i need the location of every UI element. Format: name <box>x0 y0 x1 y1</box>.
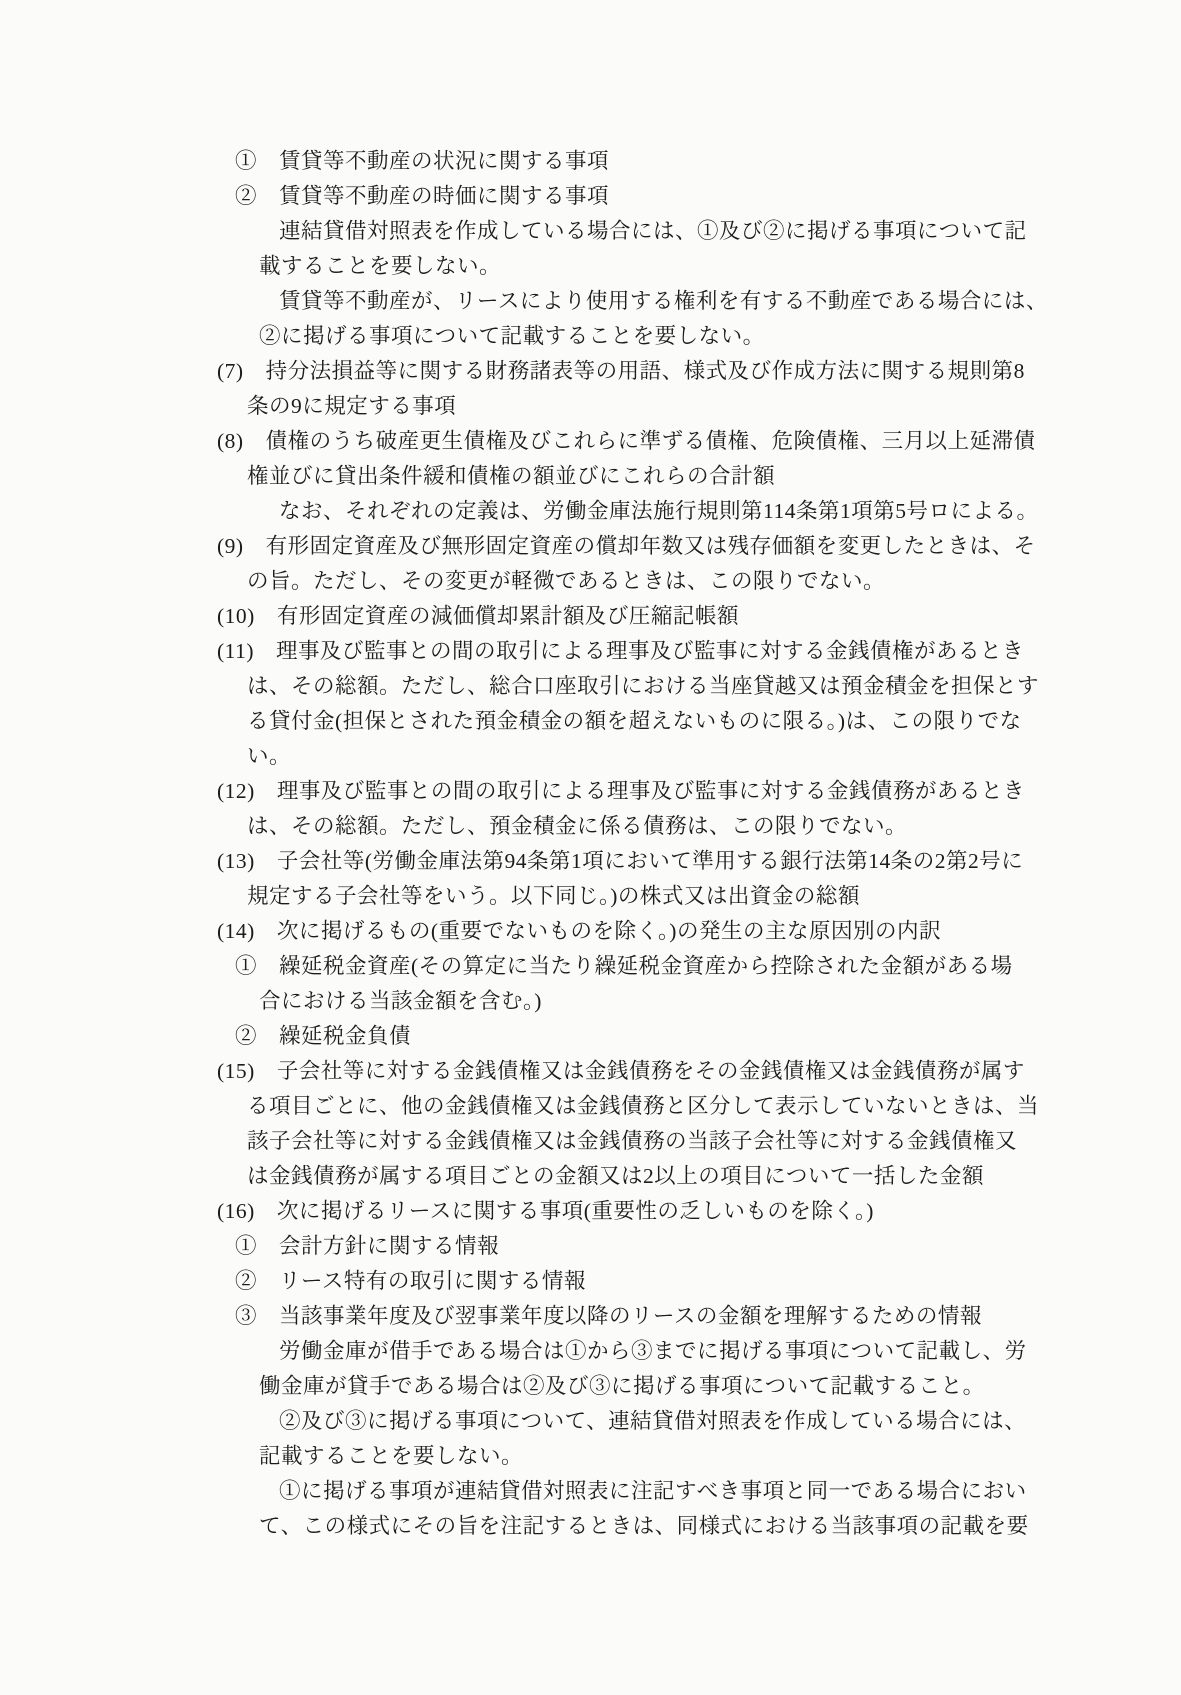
doc-line: 賃貸等不動産が、リースにより使用する権利を有する不動産である場合には、 <box>0 284 1181 319</box>
doc-line: の旨。ただし、その変更が軽微であるときは、この限りでない。 <box>0 564 1181 599</box>
doc-line: ② 繰延税金負債 <box>0 1019 1181 1054</box>
doc-line: 合における当該金額を含む。) <box>0 984 1181 1019</box>
doc-line: (10) 有形固定資産の減価償却累計額及び圧縮記帳額 <box>0 599 1181 634</box>
doc-line: ① 賃貸等不動産の状況に関する事項 <box>0 144 1181 179</box>
doc-line: は金銭債務が属する項目ごとの金額又は2以上の項目について一括した金額 <box>0 1159 1181 1194</box>
doc-line: なお、それぞれの定義は、労働金庫法施行規則第114条第1項第5号ロによる。 <box>0 494 1181 529</box>
doc-line: 規定する子会社等をいう。以下同じ。)の株式又は出資金の総額 <box>0 879 1181 914</box>
doc-line: ① 繰延税金資産(その算定に当たり繰延税金資産から控除された金額がある場 <box>0 949 1181 984</box>
doc-line: (12) 理事及び監事との間の取引による理事及び監事に対する金銭債務があるとき <box>0 774 1181 809</box>
doc-line: る項目ごとに、他の金銭債権又は金銭債務と区分して表示していないときは、当 <box>0 1089 1181 1124</box>
doc-line: ① 会計方針に関する情報 <box>0 1229 1181 1264</box>
doc-line: は、その総額。ただし、預金積金に係る債務は、この限りでない。 <box>0 809 1181 844</box>
doc-line: い。 <box>0 739 1181 774</box>
doc-line: (16) 次に掲げるリースに関する事項(重要性の乏しいものを除く。) <box>0 1194 1181 1229</box>
doc-line: 該子会社等に対する金銭債権又は金銭債務の当該子会社等に対する金銭債権又 <box>0 1124 1181 1159</box>
doc-line: ②及び③に掲げる事項について、連結貸借対照表を作成している場合には、 <box>0 1404 1181 1439</box>
doc-line: (13) 子会社等(労働金庫法第94条第1項において準用する銀行法第14条の2第… <box>0 844 1181 879</box>
doc-line: (15) 子会社等に対する金銭債権又は金銭債務をその金銭債権又は金銭債務が属す <box>0 1054 1181 1089</box>
doc-line: 労働金庫が借手である場合は①から③までに掲げる事項について記載し、労 <box>0 1334 1181 1369</box>
doc-line: (8) 債権のうち破産更生債権及びこれらに準ずる債権、危険債権、三月以上延滞債 <box>0 424 1181 459</box>
doc-line: 権並びに貸出条件緩和債権の額並びにこれらの合計額 <box>0 459 1181 494</box>
document-page: ① 賃貸等不動産の状況に関する事項② 賃貸等不動産の時価に関する事項連結貸借対照… <box>0 0 1181 1695</box>
doc-line: (14) 次に掲げるもの(重要でないものを除く。)の発生の主な原因別の内訳 <box>0 914 1181 949</box>
doc-line: (11) 理事及び監事との間の取引による理事及び監事に対する金銭債権があるとき <box>0 634 1181 669</box>
doc-line: る貸付金(担保とされた預金積金の額を超えないものに限る。)は、この限りでな <box>0 704 1181 739</box>
doc-line: (7) 持分法損益等に関する財務諸表等の用語、様式及び作成方法に関する規則第8 <box>0 354 1181 389</box>
doc-line: ③ 当該事業年度及び翌事業年度以降のリースの金額を理解するための情報 <box>0 1299 1181 1334</box>
doc-line: ② 賃貸等不動産の時価に関する事項 <box>0 179 1181 214</box>
doc-line: 条の9に規定する事項 <box>0 389 1181 424</box>
doc-line: 載することを要しない。 <box>0 249 1181 284</box>
document-body: ① 賃貸等不動産の状況に関する事項② 賃貸等不動産の時価に関する事項連結貸借対照… <box>0 144 1181 1544</box>
doc-line: 連結貸借対照表を作成している場合には、①及び②に掲げる事項について記 <box>0 214 1181 249</box>
doc-line: は、その総額。ただし、総合口座取引における当座貸越又は預金積金を担保とす <box>0 669 1181 704</box>
doc-line: 働金庫が貸手である場合は②及び③に掲げる事項について記載すること。 <box>0 1369 1181 1404</box>
doc-line: ② リース特有の取引に関する情報 <box>0 1264 1181 1299</box>
doc-line: ②に掲げる事項について記載することを要しない。 <box>0 319 1181 354</box>
doc-line: (9) 有形固定資産及び無形固定資産の償却年数又は残存価額を変更したときは、そ <box>0 529 1181 564</box>
doc-line: ①に掲げる事項が連結貸借対照表に注記すべき事項と同一である場合におい <box>0 1474 1181 1509</box>
doc-line: 記載することを要しない。 <box>0 1439 1181 1474</box>
page-background: { "page": { "background_color": "#fbfbf9… <box>0 0 1181 1695</box>
doc-line: て、この様式にその旨を注記するときは、同様式における当該事項の記載を要 <box>0 1509 1181 1544</box>
